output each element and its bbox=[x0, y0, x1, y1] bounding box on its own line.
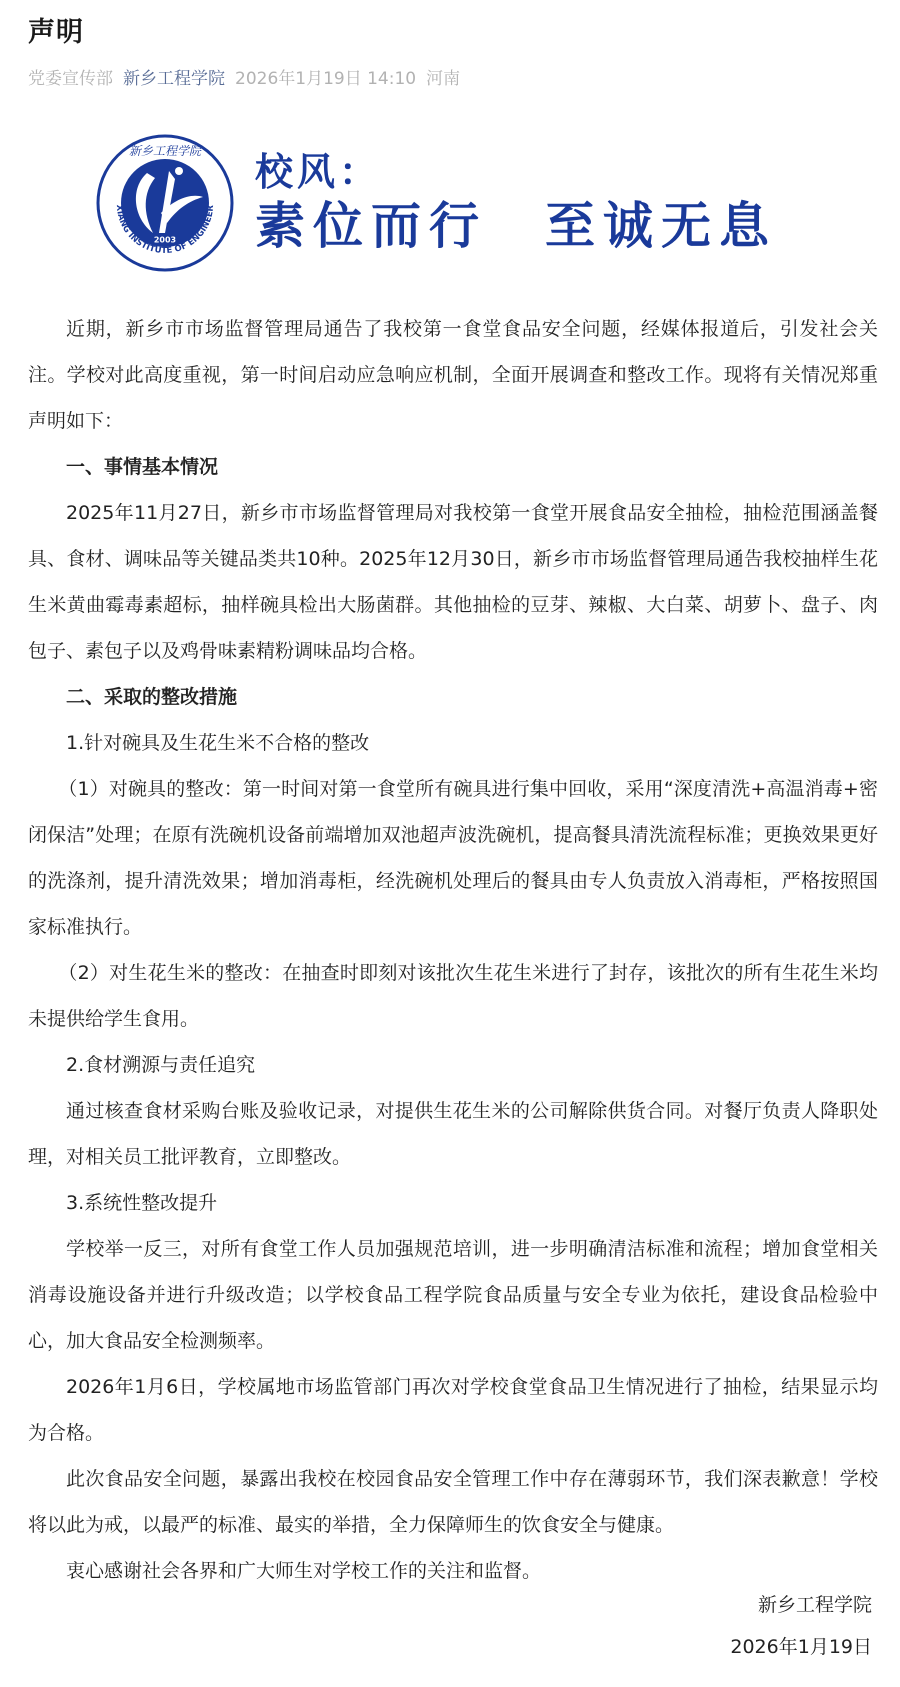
section-heading-1: 一、事情基本情况 bbox=[28, 444, 878, 490]
school-motto-banner: 2003 XINXIANG INSTITUTE OF ENGINEERING 新… bbox=[95, 128, 795, 278]
publish-location: 河南 bbox=[426, 64, 460, 89]
school-motto: 校风： 素位而行 至诚无息 bbox=[255, 149, 777, 257]
subsection-heading-3: 3.系统性整改提升 bbox=[28, 1180, 878, 1226]
apology-paragraph: 此次食品安全问题，暴露出我校在校园食品安全管理工作中存在薄弱环节，我们深表歉意！… bbox=[28, 1456, 878, 1548]
subsection-2-paragraph: 通过核查食材采购台账及验收记录，对提供生花生米的公司解除供货合同。对餐厅负责人降… bbox=[28, 1088, 878, 1180]
svg-text:新乡工程学院: 新乡工程学院 bbox=[129, 144, 203, 158]
subsection-heading-2: 2.食材溯源与责任追究 bbox=[28, 1042, 878, 1088]
svg-text:2003: 2003 bbox=[154, 236, 176, 245]
subsection-1-item-2: （2）对生花生米的整改：在抽查时即刻对该批次生花生米进行了封存，该批次的所有生花… bbox=[28, 950, 878, 1042]
subsection-1-item-1: （1）对碗具的整改：第一时间对第一食堂所有碗具进行集中回收，采用“深度清洗+高温… bbox=[28, 766, 878, 950]
article-meta: 党委宣传部 新乡工程学院 2026年1月19日 14:10 河南 bbox=[28, 64, 460, 89]
recheck-paragraph: 2026年1月6日，学校属地市场监管部门再次对学校食堂食品卫生情况进行了抽检，结… bbox=[28, 1364, 878, 1456]
article-body: 近期，新乡市市场监督管理局通告了我校第一食堂食品安全问题，经媒体报道后，引发社会… bbox=[28, 306, 878, 1594]
motto-label: 校风： bbox=[255, 149, 777, 195]
publish-datetime: 2026年1月19日 14:10 bbox=[235, 64, 416, 89]
article-title: 声明 bbox=[28, 10, 84, 49]
subsection-heading-1: 1.针对碗具及生花生米不合格的整改 bbox=[28, 720, 878, 766]
signature-org: 新乡工程学院 bbox=[758, 1590, 872, 1617]
section-1-paragraph: 2025年11月27日，新乡市市场监督管理局对我校第一食堂开展食品安全抽检，抽检… bbox=[28, 490, 878, 674]
subsection-3-paragraph: 学校举一反三，对所有食堂工作人员加强规范培训，进一步明确清洁标准和流程；增加食堂… bbox=[28, 1226, 878, 1364]
motto-text: 素位而行 至诚无息 bbox=[255, 195, 777, 257]
signature-date: 2026年1月19日 bbox=[730, 1632, 872, 1659]
thanks-paragraph: 衷心感谢社会各界和广大师生对学校工作的关注和监督。 bbox=[28, 1548, 878, 1594]
account-name-link[interactable]: 新乡工程学院 bbox=[123, 64, 225, 89]
author-label: 党委宣传部 bbox=[28, 64, 113, 89]
school-logo-icon: 2003 XINXIANG INSTITUTE OF ENGINEERING 新… bbox=[95, 133, 235, 273]
section-heading-2: 二、采取的整改措施 bbox=[28, 674, 878, 720]
intro-paragraph: 近期，新乡市市场监督管理局通告了我校第一食堂食品安全问题，经媒体报道后，引发社会… bbox=[28, 306, 878, 444]
